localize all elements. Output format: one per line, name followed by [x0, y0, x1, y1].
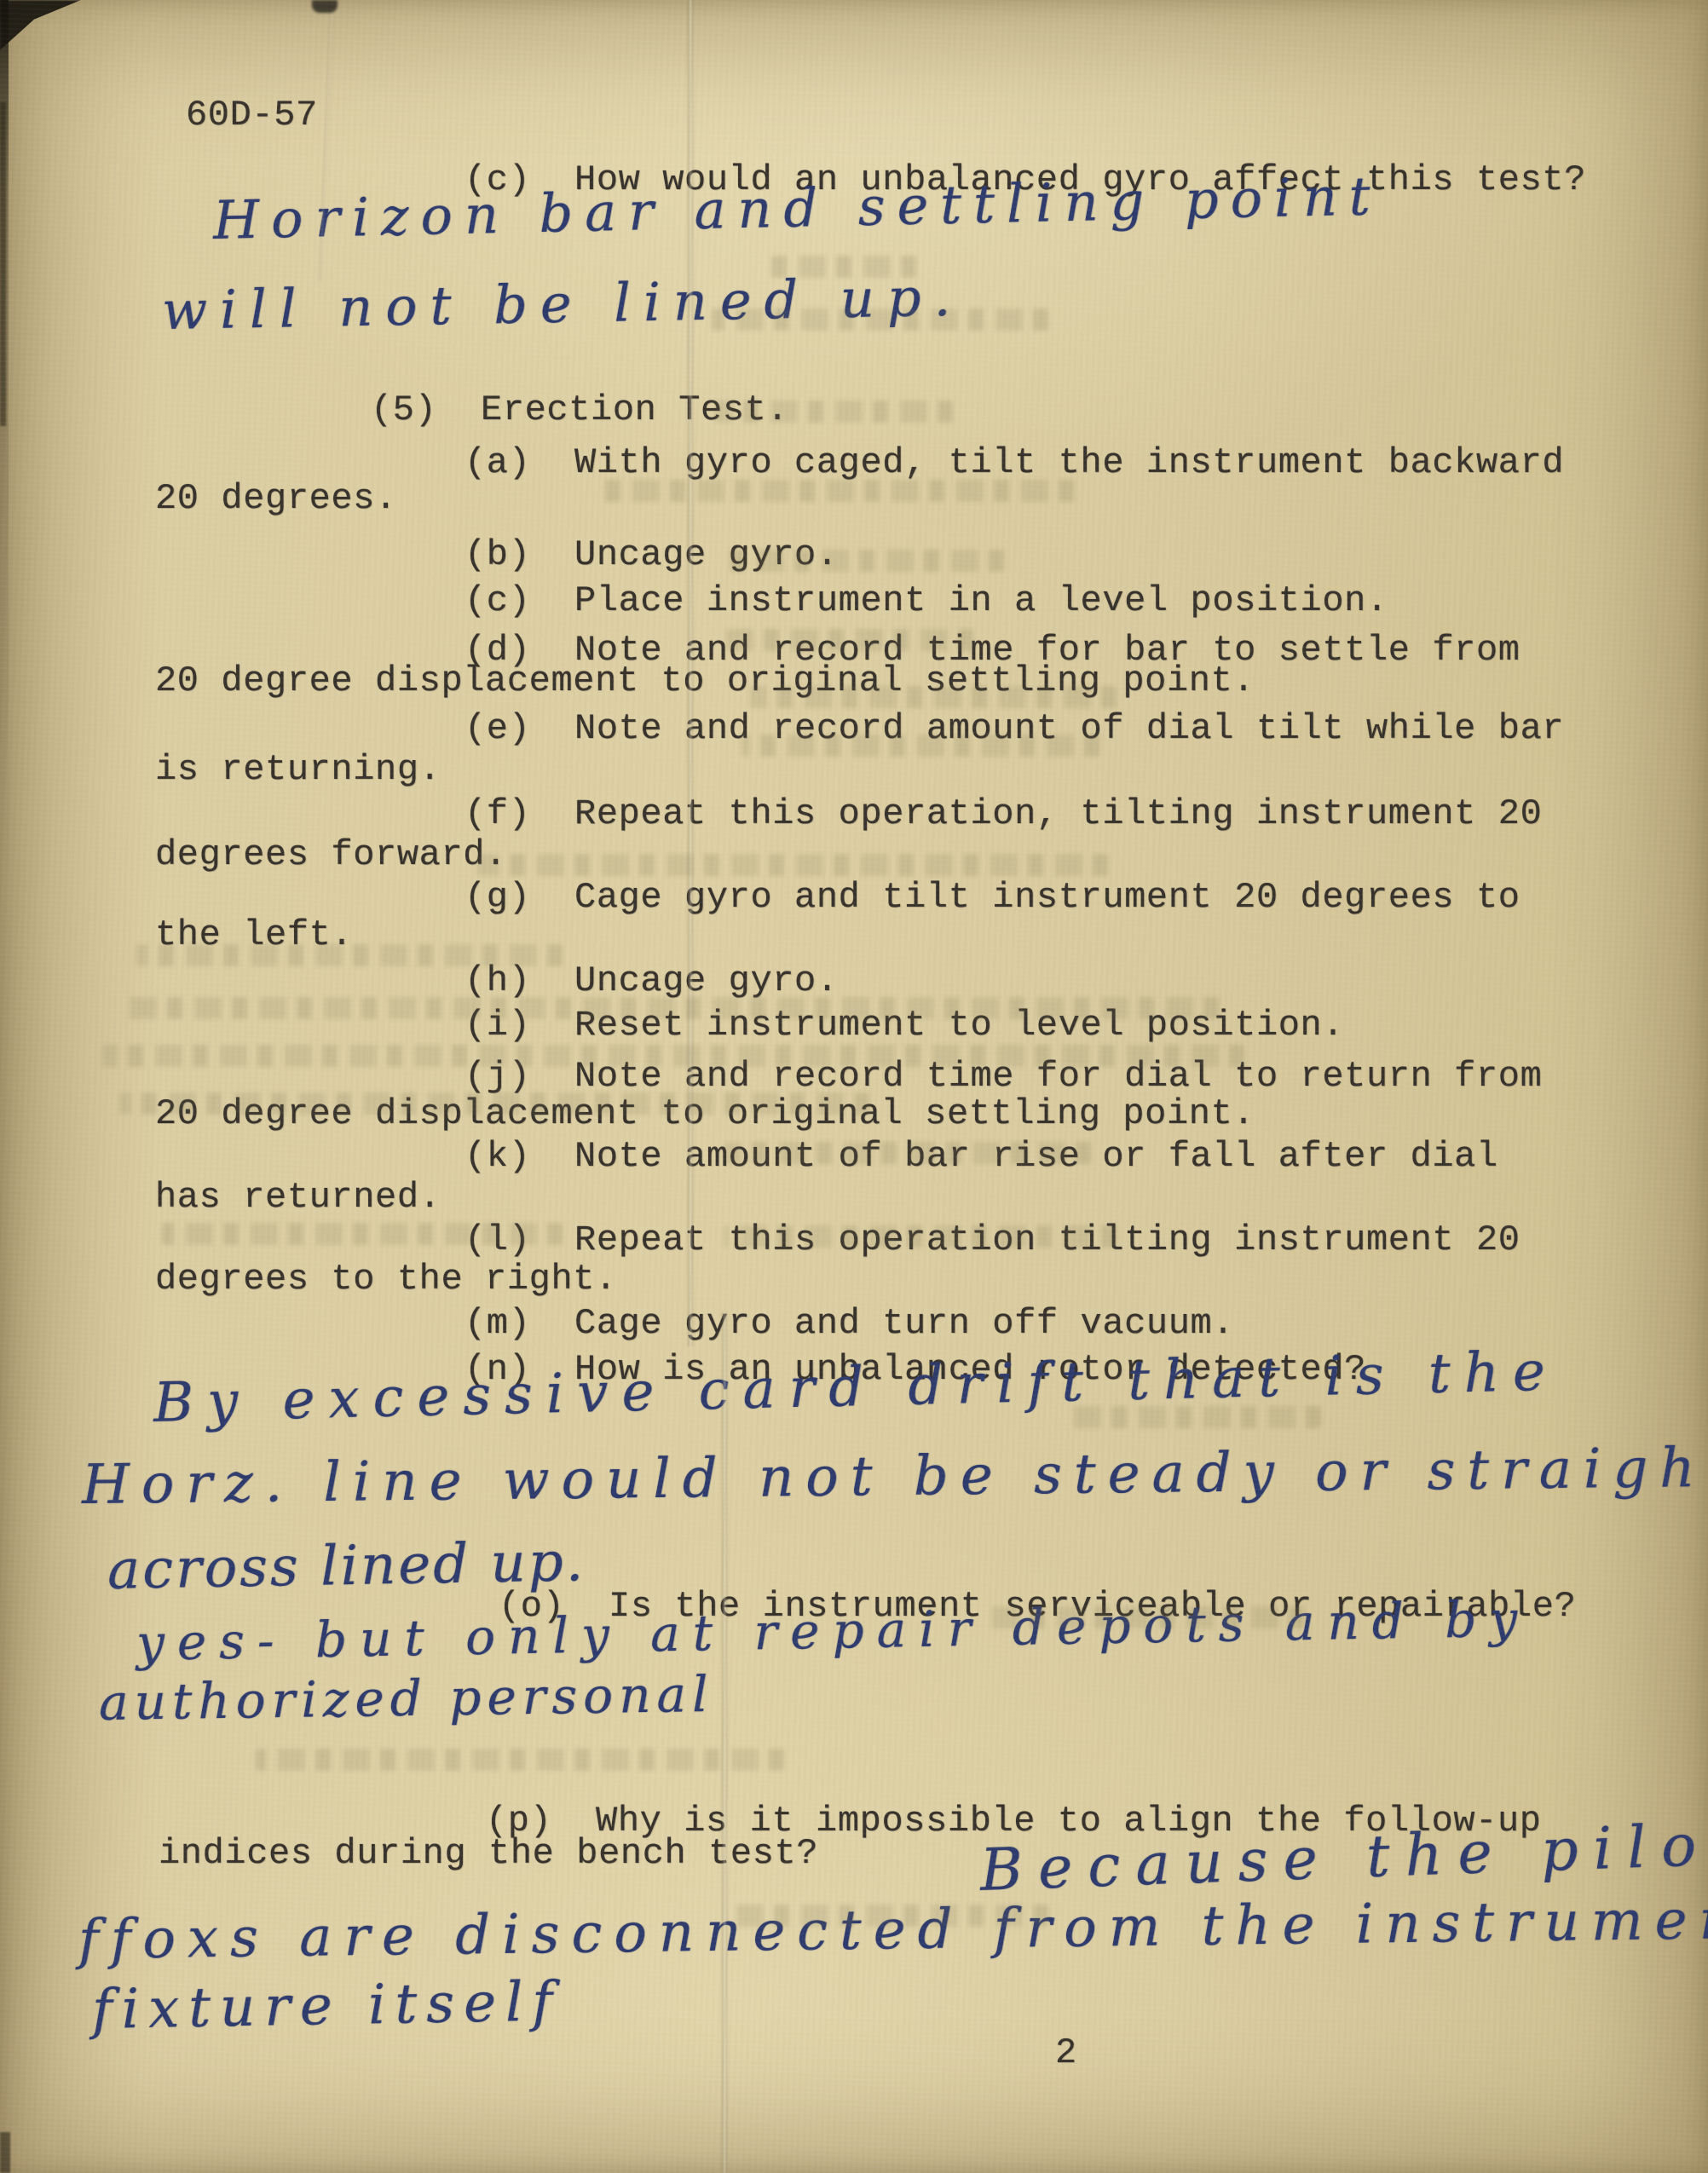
item-a-cont: 20 degrees. [155, 479, 397, 518]
bleed-through-text-ghost [712, 308, 1048, 331]
handwritten-answer-o-line2: authorized personal [99, 1665, 714, 1732]
item-m: (m) Cage gyro and turn off vacuum. [465, 1304, 1234, 1343]
bleed-through-text-ghost [724, 1142, 1091, 1164]
page-number: 2 [1055, 2033, 1077, 2072]
scan-edge-mark [0, 102, 6, 426]
bleed-through-text-ghost [718, 629, 973, 651]
bleed-through-text-ghost [256, 1749, 784, 1771]
handwritten-answer-n-line3: across lined up. [107, 1530, 586, 1602]
bleed-through-text-ghost [102, 1045, 1244, 1067]
bleed-through-text-ghost [714, 401, 953, 423]
handwritten-answer-p-line2: ffoxs are disconnected from the instrume… [78, 1888, 1708, 1972]
bleed-through-text-ghost [771, 256, 916, 278]
bleed-through-text-ghost [597, 480, 1074, 502]
item-e-cont: is returning. [155, 750, 441, 789]
bleed-through-text-ghost [750, 686, 1117, 708]
doc-code: 60D-57 [186, 95, 318, 135]
item-f: (f) Repeat this operation, tilting instr… [465, 794, 1542, 833]
bleed-through-text-ghost [724, 1225, 1117, 1248]
scan-edge-mark [0, 0, 85, 51]
bleed-through-text-ghost [119, 1092, 869, 1115]
scan-edge-mark [312, 0, 338, 13]
bleed-through-text-ghost [162, 1223, 563, 1245]
handwritten-answer-p-line3: fixture itself [91, 1970, 562, 2042]
item-k-cont: has returned. [155, 1178, 441, 1217]
document-page: 60D-57 (c) How would an unbalanced gyro … [0, 0, 1708, 2173]
item-f-cont: degrees forward. [155, 835, 507, 874]
bleed-through-text-ghost [1065, 1406, 1321, 1428]
fold-crease-line [721, 1312, 728, 2173]
handwritten-answer-o-line1: yes- but only at repair depots and by [136, 1589, 1530, 1672]
item-l-cont: degrees to the right. [155, 1259, 617, 1299]
item-a: (a) With gyro caged, tilt the instrument… [465, 443, 1564, 482]
bleed-through-text-ghost [136, 944, 563, 966]
bleed-through-text-ghost [723, 550, 1004, 572]
bleed-through-text-ghost [741, 735, 1099, 757]
item-g: (g) Cage gyro and tilt instrument 20 deg… [465, 878, 1520, 917]
item-c: (c) Place instrument in a level position… [465, 581, 1388, 620]
item-h: (h) Uncage gyro. [465, 961, 839, 1000]
bleed-through-text-ghost [980, 1606, 1304, 1628]
fold-crease-line [687, 0, 694, 1346]
handwritten-answer-n-line2: Horz. line would not be steady or straig… [82, 1437, 1708, 1517]
handwritten-answer-c-line1: Horizon bar and settling point [212, 164, 1382, 251]
bleed-through-text-ghost [477, 854, 1108, 876]
bleed-through-text-ghost [724, 1905, 1048, 1927]
bleed-through-text-ghost [128, 997, 1219, 1019]
scan-edge-mark [0, 2132, 10, 2173]
item-p-cont: indices during the bench test? [159, 1834, 818, 1873]
